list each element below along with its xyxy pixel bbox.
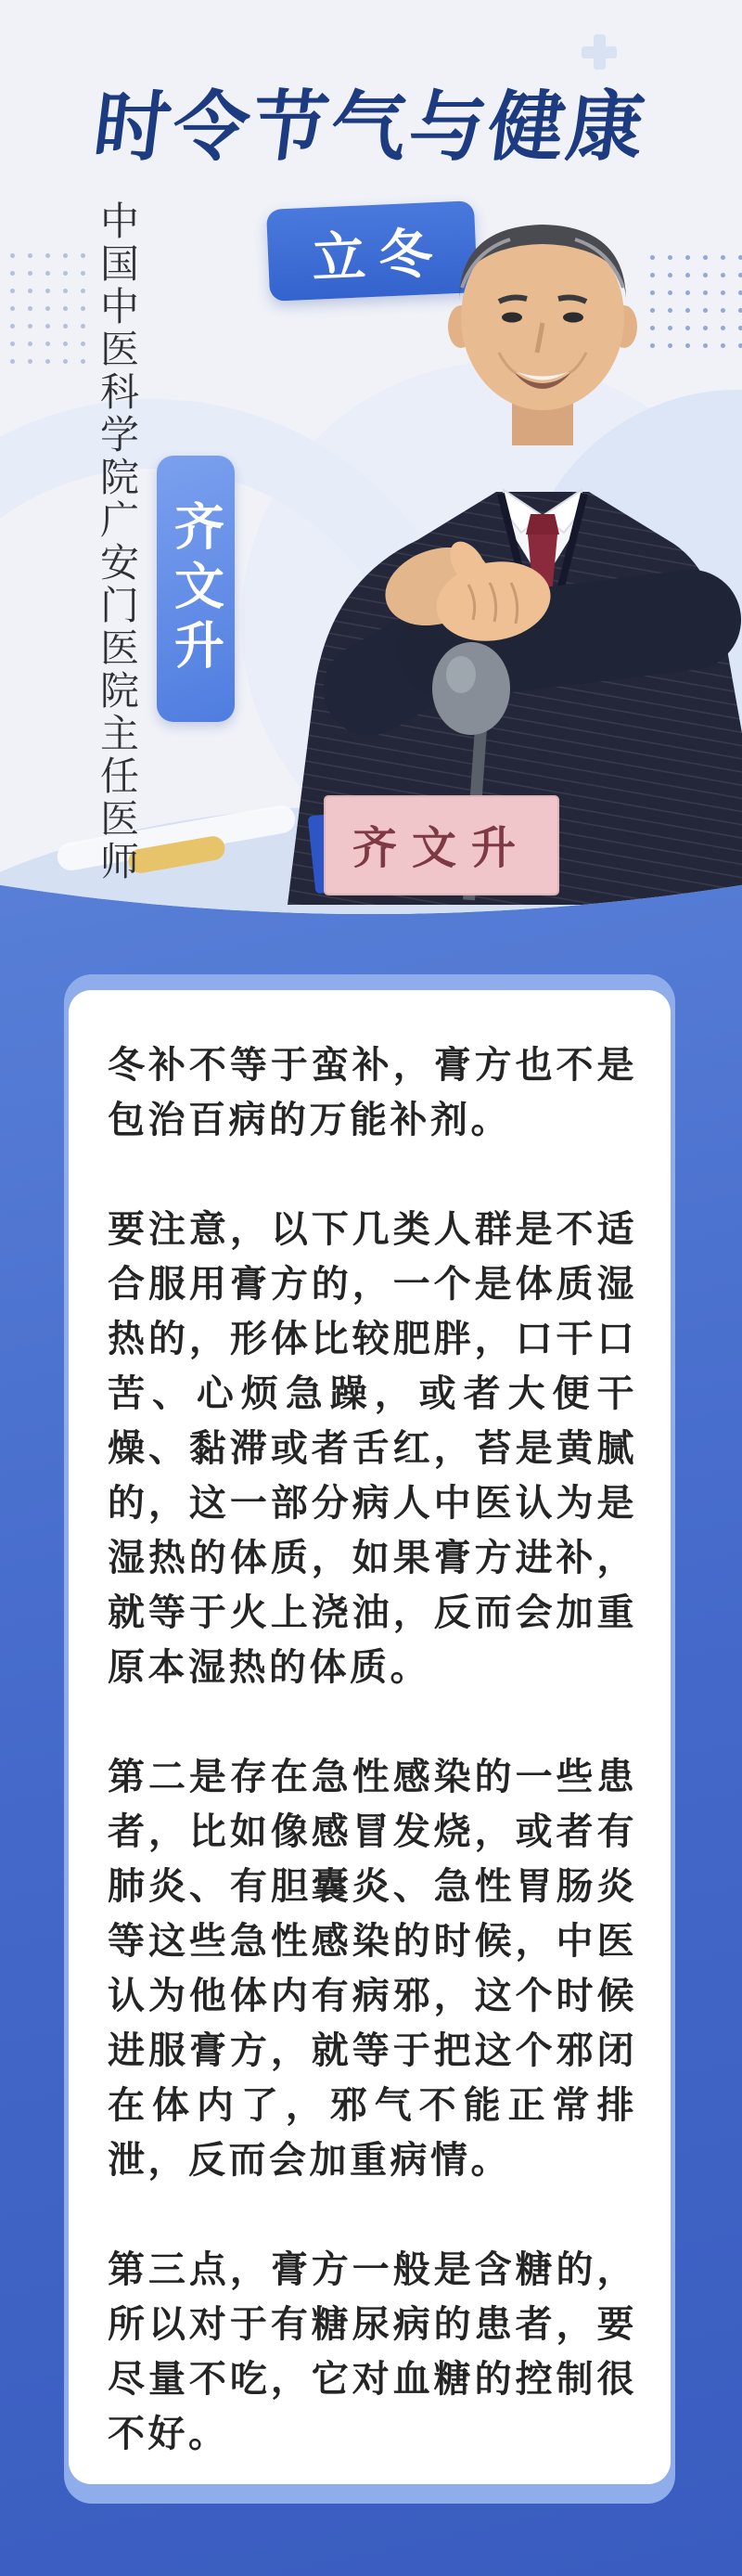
card-paragraph-1: 冬补不等于蛮补，膏方也不是包治百病的万能补剂。 <box>108 1038 637 1148</box>
content-card-frame: 冬补不等于蛮补，膏方也不是包治百病的万能补剂。 要注意，以下几类人群是不适合服用… <box>64 974 675 2504</box>
card-paragraph-2: 要注意，以下几类人群是不适合服用膏方的，一个是体质湿热的，形体比较肥胖，口干口苦… <box>108 1203 637 1695</box>
doctor-photo: 齐文升 <box>278 213 742 905</box>
decor-dot-grid-left <box>4 247 93 367</box>
doctor-name-badge: 齐文升 <box>157 456 235 722</box>
content-card: 冬补不等于蛮补，膏方也不是包治百病的万能补剂。 要注意，以下几类人群是不适合服用… <box>69 990 671 2484</box>
affiliation-vertical-text: 中国中医科学院广安门医院主任医师 <box>89 200 145 914</box>
card-paragraph-3: 第二是存在急性感染的一些患者，比如像感冒发烧，或者有肺炎、有胆囊炎、急性胃肠炎等… <box>108 1750 637 2188</box>
doctor-eye <box>502 313 522 323</box>
plus-icon-bar <box>594 34 606 70</box>
hero-section: 时令节气与健康 立冬 中国中医科学院广安门医院主任医师 齐文升 <box>0 0 742 914</box>
plus-icon <box>582 34 617 70</box>
nameplate-text: 齐文升 <box>352 824 531 873</box>
doctor-eye <box>563 313 583 323</box>
microphone-head <box>432 642 510 735</box>
page-title: 时令节气与健康 <box>0 67 742 175</box>
microphone-highlight <box>446 656 476 693</box>
doctor-tie-knot <box>526 514 559 535</box>
poster-root: 时令节气与健康 立冬 中国中医科学院广安门医院主任医师 齐文升 <box>0 0 742 2576</box>
card-paragraph-4: 第三点，膏方一般是含糖的，所以对于有糖尿病的患者，要尽量不吃，它对血糖的控制很不… <box>108 2243 637 2462</box>
